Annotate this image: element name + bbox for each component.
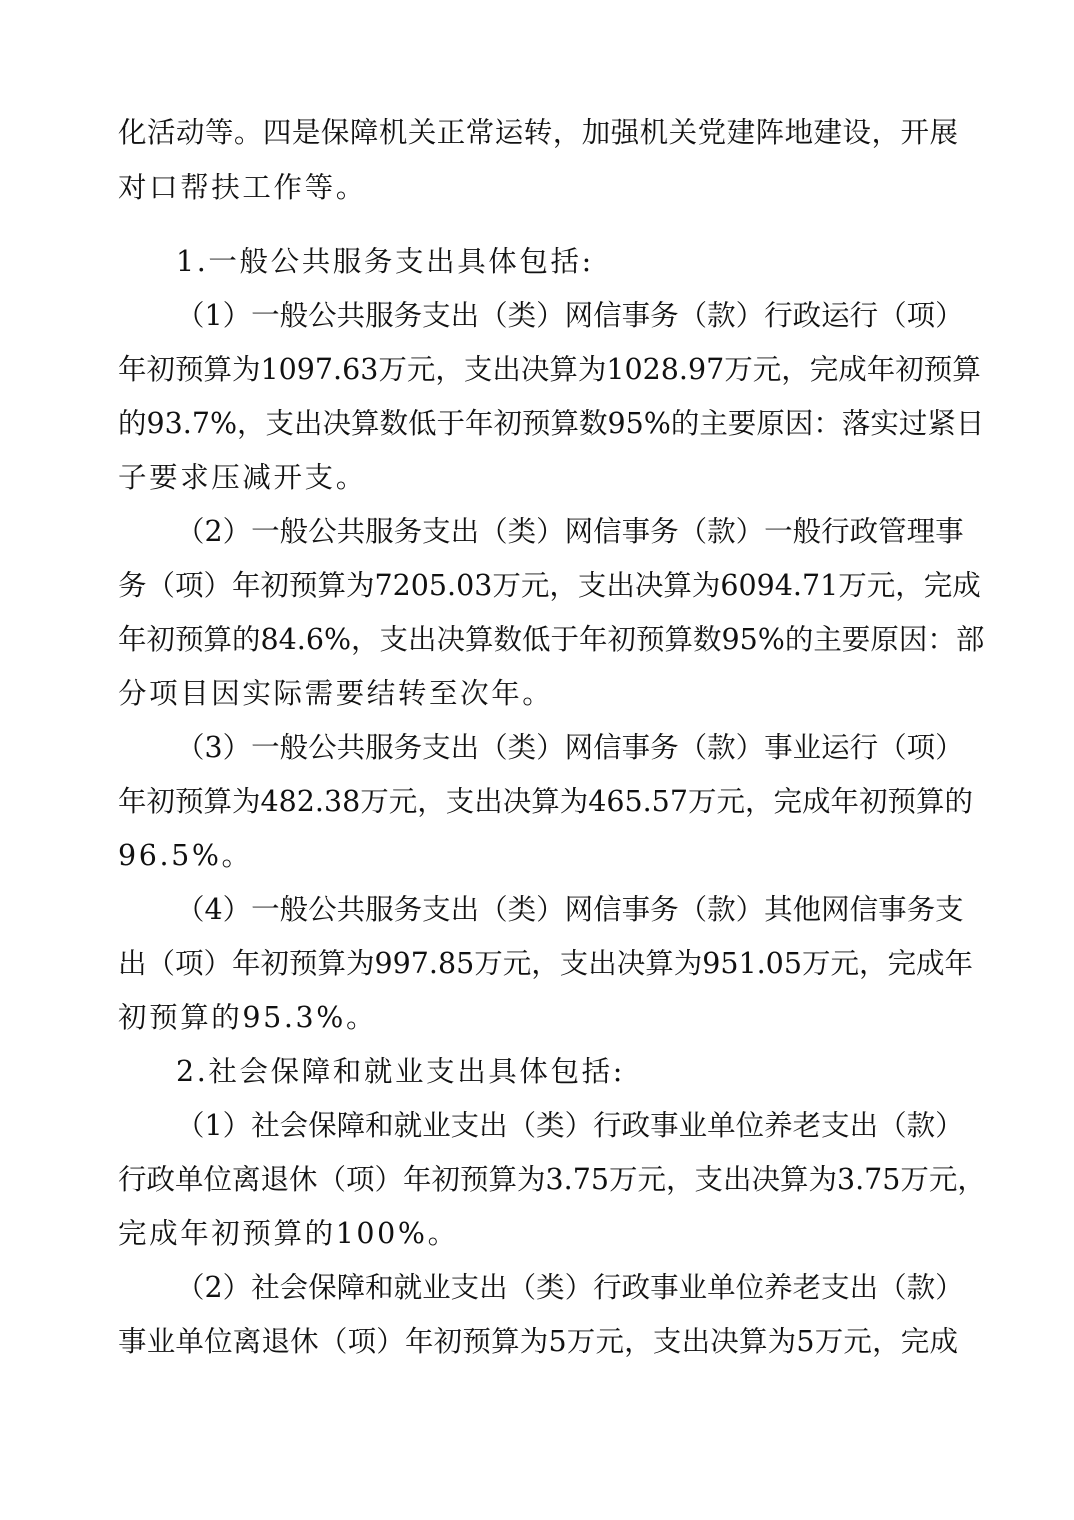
paragraph-line: 化活动等。四是保障机关正常运转，加强机关党建阵地建设，开展 xyxy=(118,113,958,153)
section-heading-social-security: 2.社会保障和就业支出具体包括: xyxy=(176,1052,1016,1092)
item-heading: （2）社会保障和就业支出（类）行政事业单位养老支出（款） xyxy=(176,1268,958,1308)
item-heading: （1）一般公共服务支出（类）网信事务（款）行政运行（项） xyxy=(176,296,958,336)
paragraph-line: 子要求压减开支。 xyxy=(118,458,958,498)
paragraph-line: 完成年初预算的100%。 xyxy=(118,1214,958,1254)
item-heading: （2）一般公共服务支出（类）网信事务（款）一般行政管理事 xyxy=(176,512,958,552)
paragraph-line: 年初预算为482.38万元，支出决算为465.57万元，完成年初预算的 xyxy=(118,782,958,822)
item-heading: （3）一般公共服务支出（类）网信事务（款）事业运行（项） xyxy=(176,728,958,768)
paragraph-line: 事业单位离退休（项）年初预算为5万元，支出决算为5万元，完成 xyxy=(118,1322,958,1362)
paragraph-line: 出（项）年初预算为997.85万元，支出决算为951.05万元，完成年 xyxy=(118,944,958,984)
document-page: 化活动等。四是保障机关正常运转，加强机关党建阵地建设，开展 对口帮扶工作等。 1… xyxy=(0,0,1074,1520)
paragraph-line: 分项目因实际需要结转至次年。 xyxy=(118,674,958,714)
paragraph-line: 的93.7%，支出决算数低于年初预算数95%的主要原因：落实过紧日 xyxy=(118,404,958,444)
paragraph-line: 务（项）年初预算为7205.03万元，支出决算为6094.71万元，完成 xyxy=(118,566,958,606)
paragraph-line: 年初预算为1097.63万元，支出决算为1028.97万元，完成年初预算 xyxy=(118,350,958,390)
item-heading: （1）社会保障和就业支出（类）行政事业单位养老支出（款） xyxy=(176,1106,958,1146)
paragraph-line: 96.5%。 xyxy=(118,836,958,876)
paragraph-line: 年初预算的84.6%，支出决算数低于年初预算数95%的主要原因：部 xyxy=(118,620,958,660)
paragraph-line: 初预算的95.3%。 xyxy=(118,998,958,1038)
section-heading-general-public-service: 1.一般公共服务支出具体包括: xyxy=(176,242,1016,282)
item-heading: （4）一般公共服务支出（类）网信事务（款）其他网信事务支 xyxy=(176,890,958,930)
paragraph-line: 行政单位离退休（项）年初预算为3.75万元，支出决算为3.75万元， xyxy=(118,1160,958,1200)
paragraph-line: 对口帮扶工作等。 xyxy=(118,168,958,208)
